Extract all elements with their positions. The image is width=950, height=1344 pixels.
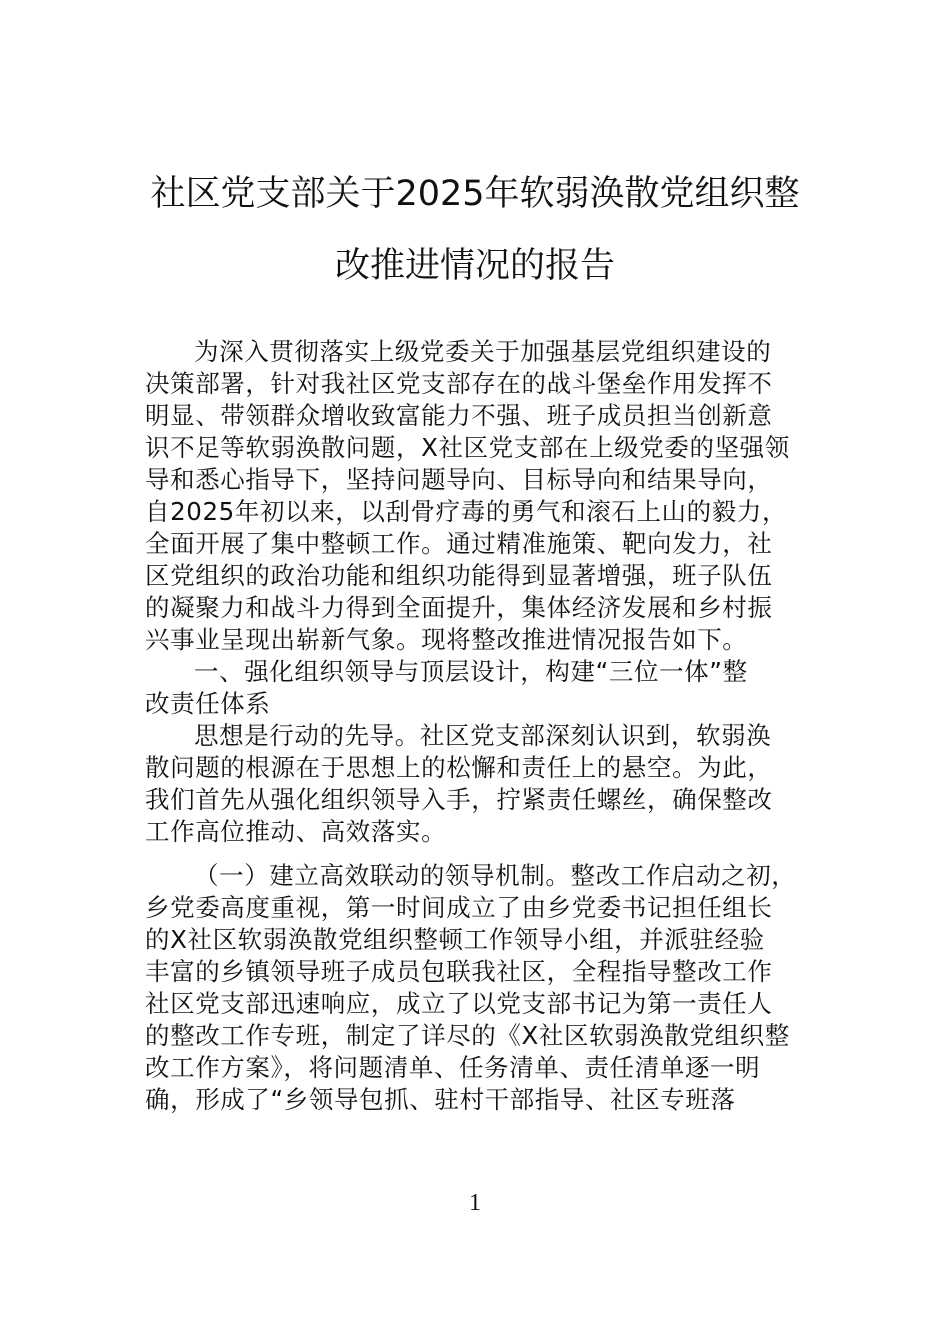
body-line: 我们首先从强化组织领导入手，拧紧责任螺丝，确保整改 <box>145 784 773 816</box>
body-line: 全面开展了集中整顿工作。通过精准施策、靶向发力，社 <box>145 528 773 560</box>
body-line: 思想是行动的先导。社区党支部深刻认识到，软弱涣 <box>194 720 771 752</box>
body-line: 的整改工作专班，制定了详尽的《X社区软弱涣散党组织整 <box>145 1020 790 1052</box>
body-line: 决策部署，针对我社区党支部存在的战斗堡垒作用发挥不 <box>145 368 773 400</box>
body-line: 自2025年初以来，以刮骨疗毒的勇气和滚石上山的毅力， <box>145 496 787 528</box>
body-line: 乡党委高度重视，第一时间成立了由乡党委书记担任组长 <box>145 892 773 924</box>
body-line: 区党组织的政治功能和组织功能得到显著增强，班子队伍 <box>145 560 773 592</box>
body-line: 的凝聚力和战斗力得到全面提升，集体经济发展和乡村振 <box>145 592 773 624</box>
body-line: 工作高位推动、高效落实。 <box>145 816 446 848</box>
body-line: 丰富的乡镇领导班子成员包联我社区，全程指导整改工作 <box>145 956 773 988</box>
body-line: 确，形成了“乡领导包抓、驻村干部指导、社区专班落 <box>145 1084 736 1116</box>
title-line-1: 社区党支部关于2025年软弱涣散党组织整 <box>0 172 950 216</box>
body-line: 散问题的根源在于思想上的松懈和责任上的悬空。为此， <box>145 752 773 784</box>
section-heading-line: 一、强化组织领导与顶层设计，构建“三位一体”整 <box>194 656 748 688</box>
body-line: 的X社区软弱涣散党组织整顿工作领导小组，并派驻经验 <box>145 924 765 956</box>
body-line: 导和悉心指导下，坚持问题导向、目标导向和结果导向， <box>145 464 773 496</box>
body-line: 识不足等软弱涣散问题，X社区党支部在上级党委的坚强领 <box>145 432 790 464</box>
body-line: 明显、带领群众增收致富能力不强、班子成员担当创新意 <box>145 400 773 432</box>
body-line: （一）建立高效联动的领导机制。整改工作启动之初， <box>194 860 796 892</box>
page-number: 1 <box>0 1188 950 1218</box>
body-line: 为深入贯彻落实上级党委关于加强基层党组织建设的 <box>194 336 771 368</box>
body-line: 兴事业呈现出崭新气象。现将整改推进情况报告如下。 <box>145 624 747 656</box>
body-line: 改工作方案》，将问题清单、任务清单、责任清单逐一明 <box>145 1052 760 1084</box>
body-line: 社区党支部迅速响应，成立了以党支部书记为第一责任人 <box>145 988 773 1020</box>
section-heading-line: 改责任体系 <box>145 688 271 720</box>
title-line-2: 改推进情况的报告 <box>0 244 950 288</box>
